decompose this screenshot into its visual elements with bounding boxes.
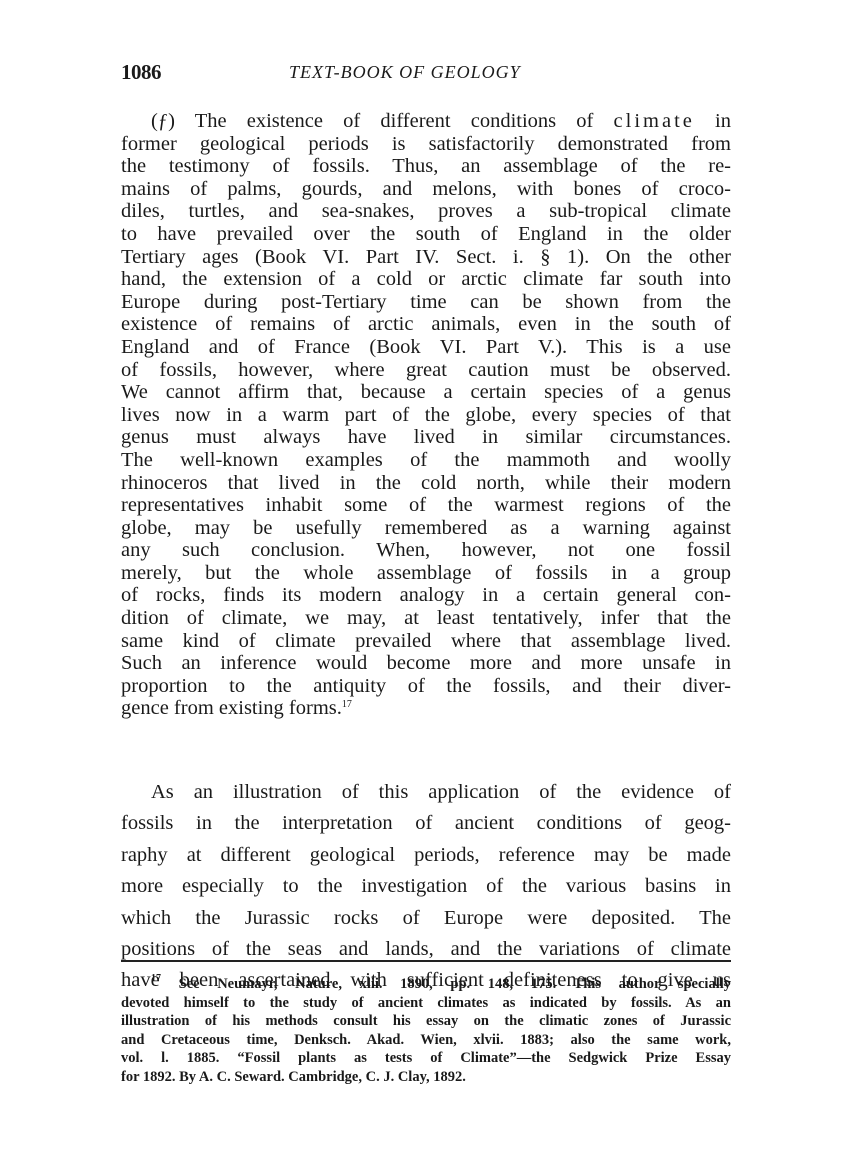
text-line: Europe during post-Tertiary time can be … [121,291,731,314]
text-line: (ƒ) The existence of different condition… [121,110,731,133]
footnote-line: 17 See Neumayr, Nature, xlii. 1890, pp. … [121,975,731,994]
footnote-line: for 1892. By A. C. Seward. Cambridge, C.… [121,1068,731,1087]
paragraph-climate-evidence: (ƒ) The existence of different condition… [121,110,731,720]
text-line: representatives inhabit some of the warm… [121,494,731,517]
text-line: mains of palms, gourds, and melons, with… [121,178,731,201]
text-line: any such conclusion. When, however, not … [121,539,731,562]
text-line: fossils in the interpretation of ancient… [121,808,731,839]
page-number: 1086 [121,60,161,85]
footnote-line: devoted himself to the study of ancient … [121,994,731,1013]
book-page: 1086 TEXT-BOOK OF GEOLOGY (ƒ) The existe… [0,0,850,1150]
text-line: We cannot affirm that, because a certain… [121,381,731,404]
text-line: lives now in a warm part of the globe, e… [121,404,731,427]
footnote-divider [121,960,731,962]
text-line: gence from existing forms.17 [121,697,731,720]
footnote-17: 17 See Neumayr, Nature, xlii. 1890, pp. … [121,975,731,1087]
text-line: raphy at different geological periods, r… [121,840,731,871]
text-line: globe, may be usefully remembered as a w… [121,517,731,540]
text-line: genus must always have lived in similar … [121,426,731,449]
text-line: more especially to the investigation of … [121,871,731,902]
footnote-number: 17 [151,973,161,984]
footnote-line: and Cretaceous time, Denksch. Akad. Wien… [121,1031,731,1050]
book-title: TEXT-BOOK OF GEOLOGY [289,62,521,83]
text-line: diles, turtles, and sea-snakes, proves a… [121,200,731,223]
text-line: hand, the extension of a cold or arctic … [121,268,731,291]
text-line: the testimony of fossils. Thus, an assem… [121,155,731,178]
text-line: existence of remains of arctic animals, … [121,313,731,336]
text-line: former geological periods is satisfactor… [121,133,731,156]
text-line: dition of climate, we may, at least tent… [121,607,731,630]
text-line: Tertiary ages (Book VI. Part IV. Sect. i… [121,246,731,269]
text-line: same kind of climate prevailed where tha… [121,630,731,653]
text-line: rhinoceros that lived in the cold north,… [121,472,731,495]
text-line: England and of France (Book VI. Part V.)… [121,336,731,359]
emphasized-word: climate [614,110,695,132]
footnote-line: vol. l. 1885. “Fossil plants as tests of… [121,1049,731,1068]
text-line: to have prevailed over the south of Engl… [121,223,731,246]
paragraph-jurassic-illustration: As an illustration of this application o… [121,777,731,997]
running-head: 1086 TEXT-BOOK OF GEOLOGY [121,60,731,88]
text-line: The well-known examples of the mammoth a… [121,449,731,472]
text-line: which the Jurassic rocks of Europe were … [121,903,731,934]
text-line: proportion to the antiquity of the fossi… [121,675,731,698]
footnote-reference[interactable]: 17 [342,699,352,710]
footnote-line: illustration of his methods consult his … [121,1012,731,1031]
text-line: Such an inference would become more and … [121,652,731,675]
text-line: As an illustration of this application o… [121,777,731,808]
text-line: of rocks, finds its modern analogy in a … [121,584,731,607]
text-line: merely, but the whole assemblage of foss… [121,562,731,585]
text-line: of fossils, however, where great caution… [121,359,731,382]
